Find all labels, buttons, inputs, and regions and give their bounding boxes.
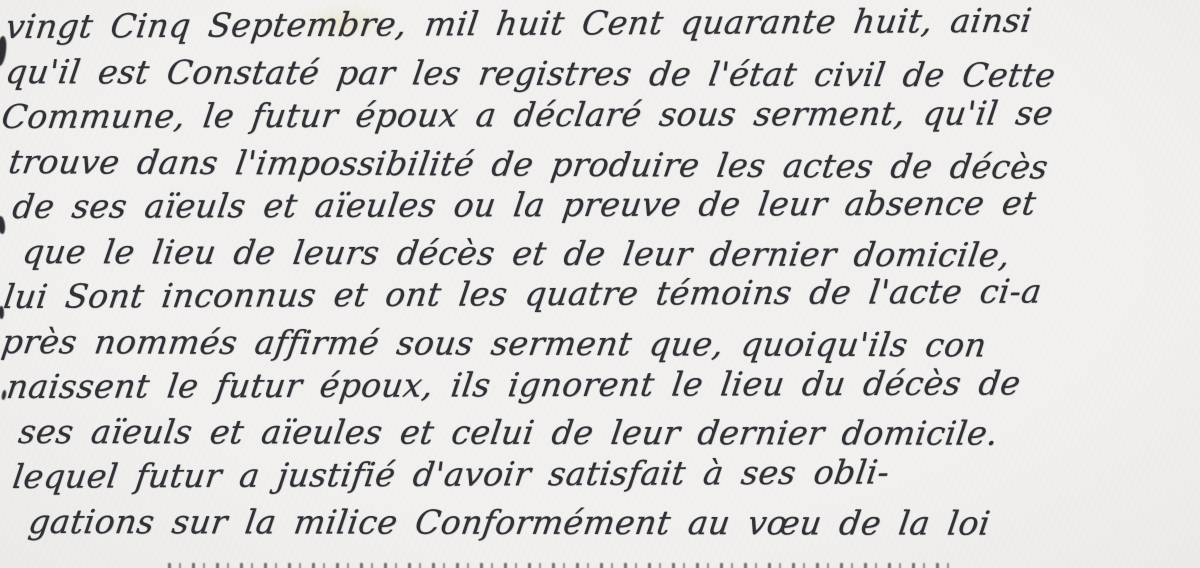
handwritten-line: gations sur la milice Conformément au vœ… [26,499,1200,546]
clipped-line-fragment [168,563,958,568]
handwritten-line: lequel futur a justifié d'avoir satisfai… [10,448,1200,499]
handwritten-line: naissent le futur époux, ils ignorent le… [4,360,1200,409]
handwritten-line: lui Sont inconnus et ont les quatre témo… [1,268,1200,319]
handwritten-text-block: vingt Cinq Septembre, mil huit Cent quar… [0,4,1200,544]
handwritten-line: de ses aïeuls et aïeules ou la preuve de… [10,180,1200,229]
handwritten-line: vingt Cinq Septembre, mil huit Cent quar… [3,0,1200,49]
handwritten-line: Commune, le futur époux a déclaré sous s… [0,90,1200,139]
scanned-document-page: vingt Cinq Septembre, mil huit Cent quar… [0,0,1200,568]
